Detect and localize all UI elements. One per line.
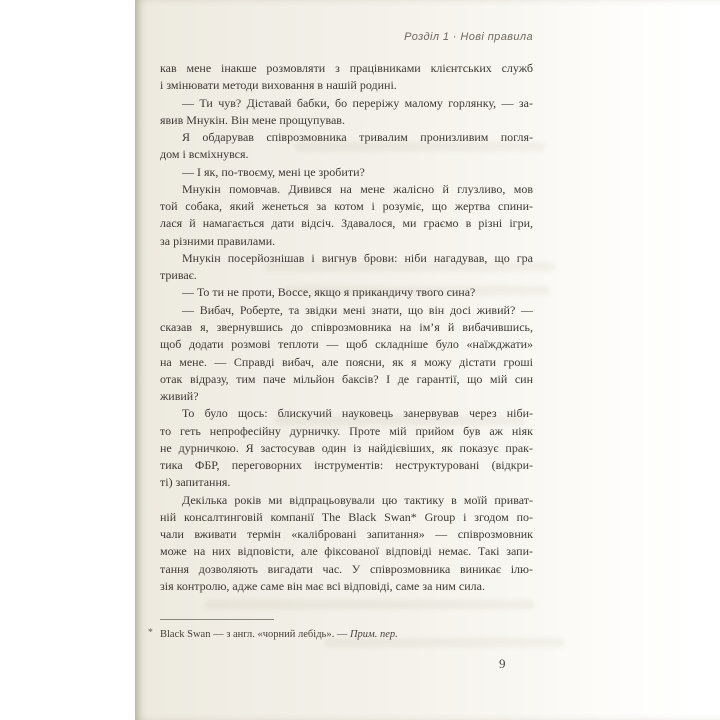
footnote-text: Black Swan — з англ. «чорний лебідь». — xyxy=(160,629,350,640)
body-text-block: кав мене інакше розмовляти з працівникам… xyxy=(160,60,533,595)
text-line: ній консалтинговій компанії The Black Sw… xyxy=(160,509,533,526)
text-line: на мене. — Справді вибач, але поясни, як… xyxy=(160,354,533,371)
text-line: явив Мнукін. Він мене прощупував. xyxy=(160,112,533,129)
text-line: отак відразу, тим паче мільйон баксів? І… xyxy=(160,371,533,388)
text-line: — Ти чув? Діставай бабки, бо переріжу ма… xyxy=(160,95,533,112)
text-line: кав мене інакше розмовляти з працівникам… xyxy=(160,60,533,77)
footnote-marker: * xyxy=(148,626,160,640)
text-line: — Вибач, Роберте, та звідки мені знати, … xyxy=(160,302,533,319)
text-line: Декілька років ми відпрацьовували цю так… xyxy=(160,492,533,509)
footnote: *Black Swan — з англ. «чорний лебідь». —… xyxy=(148,628,533,642)
text-line: Я обдарував співрозмовника тривалим прон… xyxy=(160,129,533,146)
running-header: Розділ 1 · Нові правила xyxy=(160,31,533,43)
text-line: не дурничкою. Я застосував один із найді… xyxy=(160,440,533,457)
text-line: чали вживати термін «калібровані запитан… xyxy=(160,526,533,543)
text-line: щоб додати розмові теплоти — щоб складні… xyxy=(160,336,533,353)
text-line: сказав я, звернувшись до співрозмовника … xyxy=(160,319,533,336)
footnote-divider xyxy=(160,619,274,620)
text-line: триває. xyxy=(160,267,533,284)
text-line: той собака, який женеться за котом і роз… xyxy=(160,198,533,215)
text-line: зія контролю, адже саме він має всі відп… xyxy=(160,578,533,595)
book-page: Розділ 1 · Нові правила кав мене інакше … xyxy=(135,0,720,720)
page-number: 9 xyxy=(499,656,506,672)
text-line: — То ти не проти, Воссе, якщо я приканди… xyxy=(160,284,533,301)
text-line: То було щось: блискучий науковець занерв… xyxy=(160,405,533,422)
scan-bleed-artifact xyxy=(205,600,535,609)
footnote-source: Прим. пер. xyxy=(350,629,398,640)
text-line: і змінювати методи виховання в нашій род… xyxy=(160,77,533,94)
text-line: може на них відповісти, але фіксованої в… xyxy=(160,543,533,560)
text-line: ті) запитання. xyxy=(160,474,533,491)
text-line: тання дозволяють вигадати час. У співроз… xyxy=(160,561,533,578)
text-line: живий? xyxy=(160,388,533,405)
text-line: за різними правилами. xyxy=(160,233,533,250)
text-line: то геть непрофесійну дурничку. Проте мій… xyxy=(160,423,533,440)
text-line: дом і всміхнувся. xyxy=(160,146,533,163)
text-line: — І як, по-твоєму, мені це зробити? xyxy=(160,164,533,181)
text-line: лася й намагається дати відсіч. Здавалос… xyxy=(160,215,533,232)
text-line: тика ФБР, переговорних інструментів: нес… xyxy=(160,457,533,474)
scanned-book-page-photo: Розділ 1 · Нові правила кав мене інакше … xyxy=(0,0,720,720)
text-line: Мнукін помовчав. Дивився на мене жалісно… xyxy=(160,181,533,198)
text-line: Мнукін посерйознішав і вигнув брови: ніб… xyxy=(160,250,533,267)
